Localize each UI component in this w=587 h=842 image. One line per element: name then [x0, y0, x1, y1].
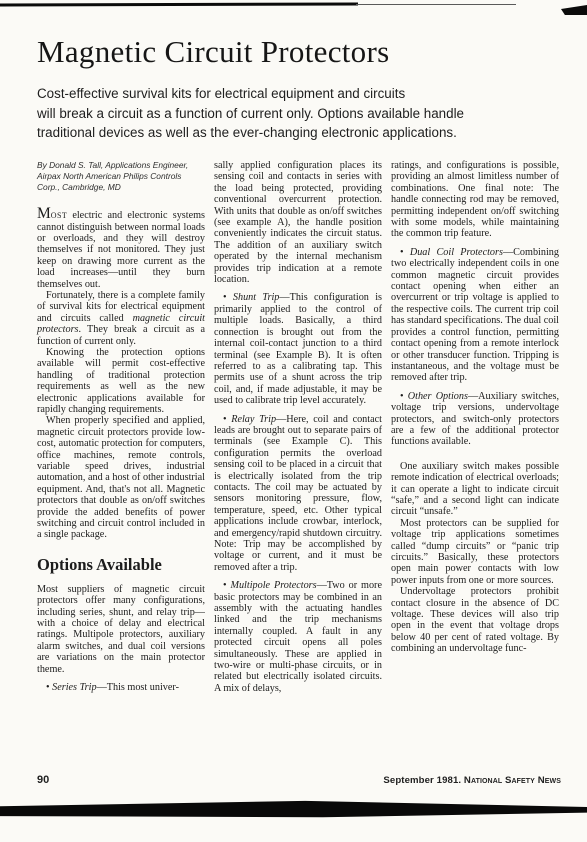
bullet-item: • Dual Coil Protectors—Combining two ele… — [391, 247, 559, 384]
column-1: By Donald S. Tall, Applications Engineer… — [37, 160, 205, 694]
paragraph: sally applied configuration places its s… — [214, 160, 382, 285]
text-run: Knowing the protection options available… — [37, 347, 205, 415]
text-run: Most suppliers of magnetic circuit prote… — [37, 584, 205, 675]
text-run: —Here, coil and contact leads are brough… — [214, 414, 382, 573]
page-footer: 90 September 1981. National Safety News — [37, 774, 561, 786]
scan-artifact-bottom-band — [0, 799, 587, 818]
text-run: —This configuration is primarily applied… — [214, 292, 382, 406]
text-run: • — [400, 247, 410, 258]
paragraph: Undervoltage protectors prohibit contact… — [391, 586, 559, 654]
text-run: • — [400, 391, 408, 402]
paragraph: Knowing the protection options available… — [37, 347, 205, 415]
text-run: Most protectors can be supplied for volt… — [391, 518, 559, 586]
text-run: • — [223, 414, 231, 425]
section-heading: Options Available — [37, 556, 205, 575]
bullet-item: • Series Trip—This most univer- — [37, 682, 205, 693]
deck-line: traditional devices as well as the ever-… — [37, 123, 547, 143]
paragraph: When properly specified and applied, mag… — [37, 415, 205, 540]
magazine-page: Magnetic Circuit Protectors Cost-effecti… — [0, 0, 587, 842]
bullet-item: • Multipole Protectors—Two or more basic… — [214, 580, 382, 694]
paragraph: One auxiliary switch makes possible remo… — [391, 461, 559, 518]
paragraph: Fortunately, there is a complete family … — [37, 290, 205, 347]
text-run: September 1981. — [383, 775, 464, 786]
italic-term: Series Trip — [52, 682, 96, 693]
italic-term: Dual Coil Protectors — [410, 247, 503, 258]
italic-term: Relay Trip — [231, 414, 276, 425]
scan-artifact-corner-mark — [561, 5, 587, 15]
text-run: OST — [51, 211, 67, 220]
text-run: Undervoltage protectors prohibit contact… — [391, 586, 559, 654]
text-run: When properly specified and applied, mag… — [37, 415, 205, 540]
article-body: By Donald S. Tall, Applications Engineer… — [37, 160, 560, 694]
paragraph: ratings, and configurations is possible,… — [391, 160, 559, 240]
deck-line: Cost-effective survival kits for electri… — [37, 84, 547, 104]
text-run: One auxiliary switch makes possible remo… — [391, 461, 559, 518]
column-3: ratings, and configurations is possible,… — [391, 160, 559, 694]
text-run: • — [223, 292, 233, 303]
bullet-item: • Other Options—Auxiliary switches, volt… — [391, 391, 559, 448]
bullet-item: • Relay Trip—Here, coil and contact lead… — [214, 414, 382, 574]
article-deck: Cost-effective survival kits for electri… — [37, 84, 547, 143]
publication-dateline: September 1981. National Safety News — [383, 775, 561, 786]
bullet-item: • Shunt Trip—This configuration is prima… — [214, 292, 382, 406]
page-number: 90 — [37, 774, 49, 786]
text-run: —This most univer- — [97, 682, 179, 693]
italic-term: Shunt Trip — [233, 292, 280, 303]
byline: By Donald S. Tall, Applications Engineer… — [37, 160, 205, 193]
text-run: ratings, and configurations is possible,… — [391, 160, 559, 239]
paragraph: Most suppliers of magnetic circuit prote… — [37, 584, 205, 675]
text-run: sally applied configuration places its s… — [214, 160, 382, 285]
text-run: By Donald S. Tall, Applications Engineer… — [37, 160, 188, 192]
text-run: National Safety News — [464, 775, 561, 786]
italic-term: Multipole Protectors — [230, 580, 316, 591]
text-run: M — [37, 205, 51, 222]
text-run: —Combining two electrically independent … — [391, 247, 559, 383]
text-run: Options Available — [37, 555, 162, 574]
deck-line: will break a circuit as a function of cu… — [37, 104, 547, 124]
text-run: —Two or more basic protectors may be com… — [214, 580, 382, 694]
paragraph: MOST electric and electronic systems can… — [37, 206, 205, 290]
paragraph: Most protectors can be supplied for volt… — [391, 518, 559, 586]
column-2: sally applied configuration places its s… — [214, 160, 382, 694]
scan-artifact-top-rule — [0, 3, 358, 7]
italic-term: Other Options — [408, 391, 468, 402]
text-run: electric and electronic systems cannot d… — [37, 210, 205, 290]
article-title: Magnetic Circuit Protectors — [37, 34, 389, 70]
scan-artifact-top-rule-thin — [356, 4, 516, 5]
